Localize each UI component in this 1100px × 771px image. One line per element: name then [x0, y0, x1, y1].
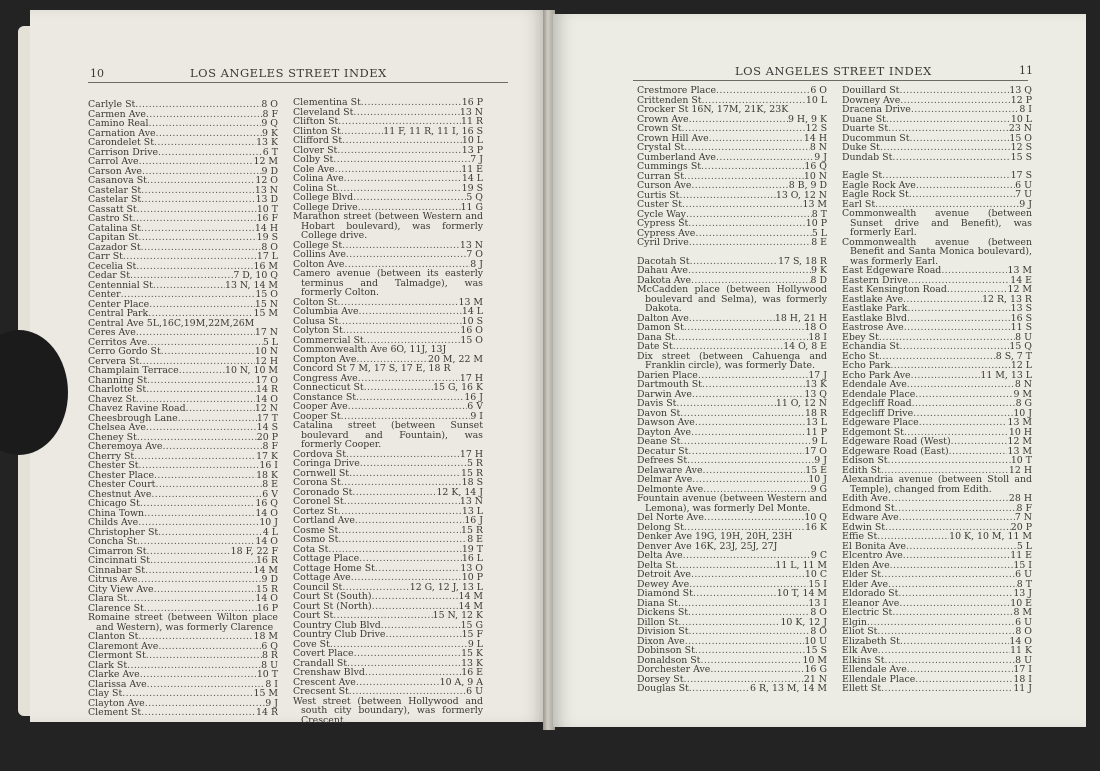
map-reference: 11 E — [461, 165, 483, 175]
street-name: Colina St — [293, 184, 337, 194]
street-name: Dawson Ave — [637, 418, 695, 428]
street-entry: Clay St15 M — [88, 689, 278, 699]
leader-dots — [136, 328, 255, 338]
street-name: Echo Park — [842, 361, 890, 371]
map-reference: 28 H — [1009, 494, 1032, 504]
map-reference: 10 T — [257, 205, 278, 215]
street-name: Cheremoya Ave — [88, 442, 162, 452]
street-entry: Division St8 O — [637, 627, 827, 637]
street-name: Clementina St — [293, 98, 361, 108]
map-reference: 12 L — [1011, 361, 1032, 371]
street-name: Echo St — [842, 352, 879, 362]
street-entry: El Bonita Ave5 L — [842, 542, 1032, 552]
street-entry: Edgecliff Road8 G — [842, 399, 1032, 409]
street-entry: Carrison Drive6 T — [88, 148, 278, 158]
map-reference: 5 L — [1017, 542, 1032, 552]
street-entry: Echo Park Ave11 M, 13 L — [842, 371, 1032, 381]
leader-dots — [140, 499, 256, 509]
map-reference: 20 P — [1011, 523, 1032, 533]
map-reference: 10 U — [804, 637, 827, 647]
map-reference: 14 O — [255, 395, 278, 405]
street-entry: Cyril Drive8 E — [637, 238, 827, 248]
map-reference: 6 V — [467, 402, 483, 412]
map-reference: 5 Q — [466, 193, 483, 203]
leader-dots — [684, 172, 804, 182]
leader-dots — [342, 583, 409, 593]
street-entry: Chavez Ravine Road12 N — [88, 404, 278, 414]
leader-dots — [908, 276, 1010, 286]
map-reference: 8 T — [812, 210, 827, 220]
street-entry: Cottage Place16 L — [293, 554, 483, 564]
index-column-3: Crestmore Place6 OCrittenden St10 LCrock… — [637, 86, 827, 694]
map-reference: 15 N — [255, 300, 278, 310]
map-reference: 16 F — [257, 214, 278, 224]
leader-dots — [899, 513, 1015, 523]
leader-dots — [689, 115, 788, 125]
leader-dots — [381, 621, 461, 631]
map-reference: 9 J — [814, 456, 827, 466]
street-name: Edmond St — [842, 504, 895, 514]
left-page: 10 LOS ANGELES STREET INDEX Carlyle St8 … — [30, 10, 545, 722]
street-entry: Dorsey St21 N — [637, 675, 827, 685]
street-name: Eagle St — [842, 171, 882, 181]
street-name: Dalton Ave — [637, 314, 689, 324]
map-reference: 16 O — [460, 326, 483, 336]
street-name: Eastern Drive — [842, 276, 908, 286]
street-name: Deane St — [637, 437, 680, 447]
street-name: Dracena Drive — [842, 105, 911, 115]
street-entry: Cypress St10 P — [637, 219, 827, 229]
street-name: Cedar St — [88, 271, 130, 281]
map-reference: 12 M — [1007, 285, 1032, 295]
street-entry: Davis St11 O, 12 N — [637, 399, 827, 409]
street-name: Council St — [293, 583, 342, 593]
street-entry: Decatur St17 O — [637, 447, 827, 457]
street-name: Eastlake Blvd — [842, 314, 907, 324]
street-name: Dartmouth St — [637, 380, 702, 390]
leader-dots — [123, 252, 257, 262]
street-name: Coronado St — [293, 488, 352, 498]
leader-dots — [154, 138, 256, 148]
leader-dots — [133, 214, 257, 224]
street-name: Ceres Ave — [88, 328, 136, 338]
map-reference: 11 K — [1010, 646, 1032, 656]
street-name: Eldorado St — [842, 589, 898, 599]
street-entry: Clarke Ave10 T — [88, 670, 278, 680]
street-entry: Cycle Way8 T — [637, 210, 827, 220]
street-entry: Charlotte St14 R — [88, 385, 278, 395]
street-name: Chicago St — [88, 499, 140, 509]
map-reference: 6 U — [1015, 181, 1032, 191]
street-entry: Cincinnati St16 R — [88, 556, 278, 566]
map-reference: 17 S — [1011, 171, 1032, 181]
leader-dots — [878, 646, 1010, 656]
street-name: East Kensington Road — [842, 285, 947, 295]
street-name: College St — [293, 241, 342, 251]
street-name: Congress Ave — [293, 374, 358, 384]
leader-dots — [146, 110, 263, 120]
leader-dots — [139, 461, 260, 471]
street-name: Custer St — [637, 200, 682, 210]
street-entry: Casanova St12 O — [88, 176, 278, 186]
map-reference: 14 H — [255, 224, 278, 234]
street-name: Douillard St — [842, 86, 899, 96]
map-reference: 4 L — [263, 528, 278, 538]
map-reference: 10 P — [806, 219, 827, 229]
street-entry: Diamond St10 T, 14 M — [637, 589, 827, 599]
map-reference: 16 M — [253, 262, 278, 272]
street-name: Cincinnati St — [88, 556, 150, 566]
map-reference: 15 M — [253, 689, 278, 699]
leader-dots — [138, 518, 259, 528]
street-entry: Eagle St17 S — [842, 171, 1032, 181]
leader-dots — [147, 176, 255, 186]
map-reference: 15 N, 12 K — [433, 611, 483, 621]
street-entry: Chavez St14 O — [88, 395, 278, 405]
street-entry: Court St (South)14 M — [293, 592, 483, 602]
street-entry: Clifton St11 R — [293, 117, 483, 127]
street-name: Ellett St — [842, 684, 881, 694]
street-entry: Capitan St19 S — [88, 233, 278, 243]
page-header: LOS ANGELES STREET INDEX — [190, 66, 387, 80]
map-reference: 18 F, 22 F — [231, 547, 278, 557]
leader-dots — [903, 295, 982, 305]
map-reference: 15 I — [808, 580, 827, 590]
street-entry: Elizabeth St14 O — [842, 637, 1032, 647]
leader-dots — [679, 191, 775, 201]
street-entry: Compton Ave20 M, 22 M — [293, 355, 483, 365]
leader-dots — [146, 651, 262, 661]
leader-dots — [346, 250, 466, 260]
map-reference: 10 Q — [804, 513, 827, 523]
street-entry: Eldorado St13 J — [842, 589, 1032, 599]
leader-dots — [359, 307, 462, 317]
street-name: Eagle Rock Ave — [842, 181, 916, 191]
street-name: Channing St — [88, 376, 147, 386]
map-reference: 16 P — [462, 98, 483, 108]
leader-dots — [911, 371, 981, 381]
map-reference: 9 J — [814, 153, 827, 163]
map-reference: 12 M — [253, 157, 278, 167]
leader-dots — [716, 153, 814, 163]
street-name: Clinton St — [293, 127, 341, 137]
street-entry: Central Park15 M — [88, 309, 278, 319]
street-name: Carrol Ave — [88, 157, 139, 167]
street-entry: Dartmouth St13 K — [637, 380, 827, 390]
street-name: Electric St — [842, 608, 892, 618]
street-name: Clifton St — [293, 117, 338, 127]
leader-dots — [906, 542, 1017, 552]
street-entry: Cimarron St18 F, 22 F — [88, 547, 278, 557]
street-name: Cummings St — [637, 162, 701, 172]
street-entry: Carrol Ave12 M — [88, 157, 278, 167]
rename-note: West street (between Hollywood and south… — [293, 697, 483, 726]
leader-dots — [134, 452, 256, 462]
map-reference: 17 H — [460, 374, 483, 384]
page-number: 11 — [1019, 64, 1033, 77]
map-reference: 11 R — [461, 117, 483, 127]
street-name: Clara St — [88, 594, 127, 604]
leader-dots — [682, 200, 802, 210]
map-reference: 13 K — [461, 659, 483, 669]
leader-dots — [137, 433, 257, 443]
map-reference: 17 L — [257, 252, 278, 262]
map-reference: 8 O — [261, 243, 278, 253]
leader-dots — [342, 241, 460, 251]
map-reference: 10 T, 14 M — [777, 589, 827, 599]
map-reference: 12 O — [255, 176, 278, 186]
leader-dots — [341, 127, 383, 137]
street-entry: Cortez St13 L — [293, 507, 483, 517]
map-reference: 12 K, 14 J — [436, 488, 483, 498]
street-entry: Crenshaw Blvd16 E — [293, 668, 483, 678]
map-reference: 14 M — [458, 602, 483, 612]
street-name: Carmen Ave — [88, 110, 146, 120]
street-entry: Central Ave 5L,16C,19M,22M,26M — [88, 319, 278, 329]
street-name: Clifford St — [293, 136, 342, 146]
map-reference: 12 P — [1011, 96, 1032, 106]
map-reference: 13 N — [255, 186, 278, 196]
street-name: Crown Hill Ave — [637, 134, 709, 144]
section-gap — [842, 162, 1032, 171]
street-entry: Cerritos Ave5 L — [88, 338, 278, 348]
street-entry: China Town14 O — [88, 509, 278, 519]
map-reference: 16 L — [462, 554, 483, 564]
leader-dots — [141, 186, 255, 196]
leader-dots — [343, 326, 461, 336]
map-reference: 14 M — [458, 592, 483, 602]
map-reference: 19 T — [462, 545, 483, 555]
leader-dots — [335, 165, 462, 175]
street-entry: Catalina St14 H — [88, 224, 278, 234]
street-entry: Curtis St13 O, 12 N — [637, 191, 827, 201]
map-reference: 13 O, 12 N — [776, 191, 827, 201]
map-reference: 11 E — [1010, 551, 1032, 561]
map-reference: 11 F, 11 R, 11 I, 16 S — [383, 127, 483, 137]
street-name: Cottage Ave — [293, 573, 351, 583]
map-reference: 14 O — [1009, 637, 1032, 647]
map-reference: 11 J — [1013, 684, 1032, 694]
street-entry: Edgecliff Drive10 J — [842, 409, 1032, 419]
street-name: Cypress St — [637, 219, 688, 229]
leader-dots — [919, 418, 1008, 428]
street-name: Cordova St — [293, 450, 346, 460]
street-entry: Concord St 7 M, 17 S, 17 E, 18 R — [293, 364, 483, 374]
map-reference: 14 O — [255, 537, 278, 547]
street-name: Dana St — [637, 333, 675, 343]
street-entry: Ducommun St15 O — [842, 134, 1032, 144]
map-reference: 14 L — [462, 307, 483, 317]
street-name: Curson Ave — [637, 181, 691, 191]
leader-dots — [358, 374, 460, 384]
street-name: Cervera St — [88, 357, 139, 367]
street-entry: Center Place15 N — [88, 300, 278, 310]
index-column-1: Carlyle St8 OCarmen Ave8 FCamino Real9 Q… — [88, 100, 278, 718]
street-entry: Clermont St8 R — [88, 651, 278, 661]
street-name: Edgeware Road (West) — [842, 437, 951, 447]
street-entry: Constance St16 J — [293, 393, 483, 403]
map-reference: 14 E — [1010, 276, 1032, 286]
street-name: Douglas St — [637, 684, 689, 694]
street-entry: Colyton St16 O — [293, 326, 483, 336]
street-name: Cortez St — [293, 507, 338, 517]
street-entry: Custer St13 M — [637, 200, 827, 210]
leader-dots — [162, 442, 262, 452]
leader-dots — [137, 537, 255, 547]
street-entry: Congress Ave17 H — [293, 374, 483, 384]
street-name: Covert Place — [293, 649, 354, 659]
street-name: Edgecliff Road — [842, 399, 912, 409]
street-name: Delta St — [637, 561, 676, 571]
street-name: El Bonita Ave — [842, 542, 906, 552]
leader-dots — [676, 561, 776, 571]
map-reference: 13 J — [1013, 589, 1032, 599]
street-name: Castro St — [88, 214, 133, 224]
street-name: Concha St — [88, 537, 137, 547]
map-reference: 13 N, 14 M — [225, 281, 278, 291]
leader-dots — [342, 136, 462, 146]
street-entry: Collins Ave7 O — [293, 250, 483, 260]
map-reference: 16 E — [461, 668, 483, 678]
leader-dots — [353, 108, 460, 118]
map-reference: 15 O — [1009, 134, 1032, 144]
map-reference: 16 J — [464, 393, 483, 403]
map-reference: 13 M — [458, 298, 483, 308]
map-reference: 18 I — [808, 333, 827, 343]
leader-dots — [154, 585, 256, 595]
street-entry: Cheremoya Ave8 F — [88, 442, 278, 452]
street-entry: Damon St18 O — [637, 323, 827, 333]
leader-dots — [909, 134, 1009, 144]
leader-dots — [881, 570, 1015, 580]
map-reference: 6 R, 13 M, 14 M — [750, 684, 827, 694]
map-reference: 9 H, 9 K — [788, 115, 827, 125]
street-entry: Clayton Ave9 J — [88, 699, 278, 709]
leader-dots — [338, 117, 461, 127]
map-reference: 13 L — [462, 507, 483, 517]
map-reference: 8 B, 9 D — [789, 181, 827, 191]
street-entry: Electric St8 M — [842, 608, 1032, 618]
street-name: Cassatt St — [88, 205, 137, 215]
map-reference: 12 M — [1007, 437, 1032, 447]
map-reference: 10 T — [1011, 456, 1032, 466]
leader-dots — [341, 478, 462, 488]
street-name: Cooper Ave — [293, 402, 348, 412]
leader-dots — [680, 409, 805, 419]
street-entry: Coronado St12 K, 14 J — [293, 488, 483, 498]
street-name: Delta Ave — [637, 551, 683, 561]
leader-dots — [898, 589, 1013, 599]
street-name: Darien Place — [637, 371, 698, 381]
street-name: Eastrose Ave — [842, 323, 904, 333]
leader-dots — [151, 490, 262, 500]
street-name: Detroit Ave — [637, 570, 691, 580]
leader-dots — [153, 281, 225, 291]
leader-dots — [146, 547, 230, 557]
map-reference: 10 E — [1010, 599, 1032, 609]
leader-dots — [879, 352, 996, 362]
rename-note: Fountain avenue (between Western and Lem… — [637, 494, 827, 513]
street-name: Commercial St — [293, 336, 364, 346]
map-reference: 13 M — [1007, 447, 1032, 457]
leader-dots — [684, 323, 805, 333]
map-reference: 17 I — [1013, 665, 1032, 675]
street-name: Edgecliff Drive — [842, 409, 913, 419]
leader-dots — [688, 219, 805, 229]
leader-dots — [690, 257, 778, 267]
leader-dots — [365, 668, 461, 678]
street-entry: Coronel St13 N — [293, 497, 483, 507]
street-name: Dacotah St — [637, 257, 690, 267]
map-reference: 10 M — [802, 656, 827, 666]
street-name: Cherry St — [88, 452, 134, 462]
map-reference: 13 M — [1007, 266, 1032, 276]
street-entry: Cheesbrough Lane17 T — [88, 414, 278, 424]
street-name: Connecticut St — [293, 383, 364, 393]
street-name: Chester St — [88, 461, 139, 471]
map-reference: 10 L — [462, 136, 483, 146]
street-entry: Edison St10 T — [842, 456, 1032, 466]
leader-dots — [136, 262, 253, 272]
street-name: Court St — [293, 611, 333, 621]
map-reference: 8 I — [265, 680, 278, 690]
street-entry: Cosmo St8 E — [293, 535, 483, 545]
street-name: East Edgeware Road — [842, 266, 941, 276]
leader-dots — [695, 229, 811, 239]
leader-dots — [127, 661, 261, 671]
street-name: China Town — [88, 509, 144, 519]
map-reference: 15 O — [460, 336, 483, 346]
street-name: Carondelet St — [88, 138, 154, 148]
map-reference: 15 M — [253, 309, 278, 319]
map-reference: 10 L — [1011, 115, 1032, 125]
street-entry: Eastlake Park13 S — [842, 304, 1032, 314]
rename-note: Commonwealth avenue (between Benefit and… — [842, 238, 1032, 267]
street-entry: Cottage Home St13 O — [293, 564, 483, 574]
street-entry: Douglas St6 R, 13 M, 14 M — [637, 684, 827, 694]
street-name: Claremont Ave — [88, 642, 158, 652]
street-entry: Delmar Ave10 J — [637, 475, 827, 485]
leader-dots — [904, 428, 1009, 438]
street-name: Duarte St — [842, 124, 888, 134]
map-reference: 16 Q — [804, 162, 827, 172]
street-entry: Clara St14 O — [88, 594, 278, 604]
map-reference: 21 N — [804, 675, 827, 685]
street-name: Central Park — [88, 309, 148, 319]
leader-dots — [355, 516, 464, 526]
map-reference: 13 L — [806, 418, 827, 428]
street-name: Crenshaw Blvd — [293, 668, 365, 678]
map-reference: 14 L — [462, 174, 483, 184]
street-entry: Crystal St8 N — [637, 143, 827, 153]
street-entry: Corona St18 S — [293, 478, 483, 488]
map-reference: 7 U — [1015, 190, 1032, 200]
leader-dots — [147, 680, 266, 690]
street-entry: Elder Ave8 T — [842, 580, 1032, 590]
map-reference: 15 K — [461, 649, 483, 659]
street-name: Carnation Ave — [88, 129, 156, 139]
map-reference: 12 S — [1011, 143, 1032, 153]
street-name: Cortland Ave — [293, 516, 355, 526]
street-entry: Dahau Ave9 K — [637, 266, 827, 276]
street-entry: East Edgeware Road13 M — [842, 266, 1032, 276]
street-name: Elden Ave — [842, 561, 890, 571]
leader-dots — [916, 181, 1015, 191]
street-name: Clark St — [88, 661, 127, 671]
street-name: Centennial St — [88, 281, 153, 291]
leader-dots — [137, 575, 261, 585]
street-entry: Christopher St4 L — [88, 528, 278, 538]
